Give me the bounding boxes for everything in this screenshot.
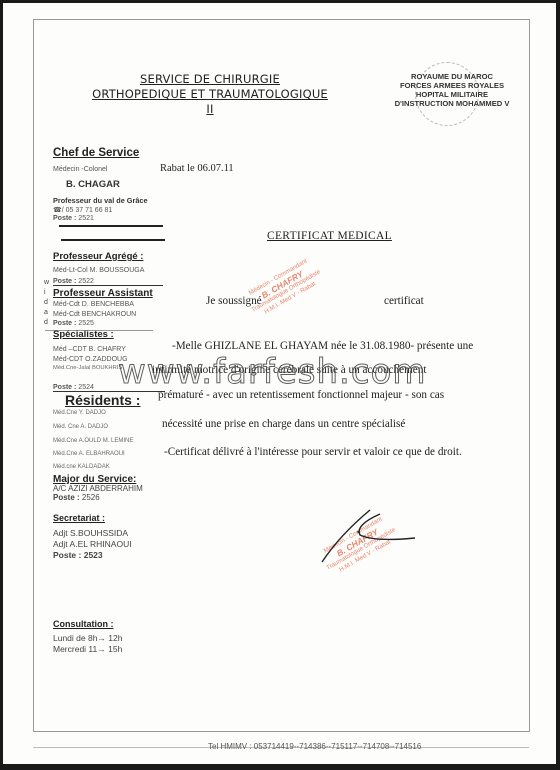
site-watermark: www.farfesh.com bbox=[118, 352, 426, 392]
specialiste-member: Méd-CDT O.ZADDOUG bbox=[53, 354, 128, 365]
crest-text: ROYAUME DU MAROC FORCES ARMEES ROYALES H… bbox=[382, 72, 522, 108]
resident-member: Méd.Cne A.OULD M. LEMINE bbox=[53, 438, 133, 444]
side-letter: a bbox=[44, 308, 50, 318]
chef-name: B. CHAGAR bbox=[66, 179, 120, 190]
side-letter: d bbox=[44, 298, 50, 308]
service-title-line1: SERVICE DE CHIRURGIE bbox=[90, 72, 330, 87]
specialistes-heading: Spécialistes : bbox=[53, 329, 114, 340]
service-title: SERVICE DE CHIRURGIE ORTHOPEDIQUE ET TRA… bbox=[90, 72, 330, 117]
assistant-poste: Poste : 2525 bbox=[53, 320, 94, 327]
major-member: A/C AZIZI ABDERRAHIM bbox=[53, 484, 143, 493]
consultation-heading: Consultation : bbox=[53, 619, 114, 629]
intro-right: certificat bbox=[384, 295, 424, 307]
side-letters: w i d a d bbox=[44, 278, 50, 328]
poste-label: Poste : bbox=[53, 384, 76, 391]
major-poste: Poste : 2526 bbox=[53, 493, 100, 502]
service-title-line2: ORTHOPEDIQUE ET TRAUMATOLOGIQUE II bbox=[90, 87, 330, 117]
chef-poste: Poste : 2521 bbox=[53, 215, 94, 222]
poste-label: Poste : bbox=[53, 278, 76, 285]
poste-label: Poste : bbox=[53, 493, 80, 502]
poste-value: 2524 bbox=[78, 384, 94, 391]
poste-label: Poste : bbox=[53, 320, 76, 327]
paragraph-line: nécessité une prise en charge dans un ce… bbox=[162, 418, 405, 430]
divider bbox=[61, 239, 165, 241]
certificate-title: CERTIFICAT MEDICAL bbox=[267, 230, 392, 242]
resident-member: Méd. Cne A. DADJO bbox=[53, 424, 108, 430]
chef-heading: Chef de Service bbox=[53, 147, 139, 159]
secretariat-heading: Secretariat : bbox=[53, 513, 105, 523]
signature-icon bbox=[320, 500, 420, 570]
crest-line: ROYAUME DU MAROC bbox=[382, 72, 522, 81]
footer-phone: Tel HMIMV : 053714419--714386--715117--7… bbox=[208, 742, 421, 751]
poste-label: Poste : bbox=[53, 215, 76, 222]
consultation-line: Mercredi 11→ 15h bbox=[53, 644, 122, 654]
residents-heading: Résidents : bbox=[65, 392, 140, 408]
divider bbox=[59, 225, 163, 227]
crest-line: HOPITAL MILITAIRE bbox=[382, 90, 522, 99]
paragraph-line: -Melle GHIZLANE EL GHAYAM née le 31.08.1… bbox=[172, 340, 473, 352]
chef-title: Professeur du val de Grâce bbox=[53, 196, 148, 205]
certificate-date: Rabat le 06.07.11 bbox=[160, 163, 234, 174]
poste-value: 2522 bbox=[78, 278, 94, 285]
resident-member: Méd.Cne A. ELBAHRAOUI bbox=[53, 451, 125, 457]
side-letter: i bbox=[44, 288, 50, 298]
hospital-crest: ROYAUME DU MAROC FORCES ARMEES ROYALES H… bbox=[382, 62, 522, 122]
secretariat-member: Adjt A.EL RHINAOUI bbox=[53, 539, 132, 549]
specialiste-member: Méd.Cne-Jalal BOUKHRIS bbox=[53, 365, 122, 371]
poste-value: 2523 bbox=[84, 550, 103, 560]
side-letter: d bbox=[44, 318, 50, 328]
crest-line: FORCES ARMEES ROYALES bbox=[382, 81, 522, 90]
side-letter: w bbox=[44, 278, 50, 288]
consultation-line: Lundi de 8h→ 12h bbox=[53, 633, 122, 643]
poste-value: 2526 bbox=[82, 493, 100, 502]
agrege-heading: Professeur Agrégé : bbox=[53, 251, 143, 262]
poste-value: 2521 bbox=[78, 215, 94, 222]
agrege-poste: Poste : 2522 bbox=[53, 278, 163, 286]
poste-value: 2525 bbox=[78, 320, 94, 327]
resident-member: Méd.cne KALDADAK bbox=[53, 464, 110, 470]
chef-phone: ☎/ 05 37 71 66 81 bbox=[53, 206, 112, 214]
paragraph-line: -Certificat délivré à l'intéresse pour s… bbox=[164, 446, 462, 458]
secretariat-member: Adjt S.BOUHSSIDA bbox=[53, 528, 128, 538]
assistant-heading: Professeur Assistant bbox=[53, 288, 153, 299]
poste-label: Poste : bbox=[53, 550, 81, 560]
assistant-member: Méd-Cdt BENCHAKROUN bbox=[53, 309, 136, 320]
chef-rank: Médecin -Colonel bbox=[53, 164, 107, 175]
agrege-member: Méd-Lt-Col M. BOUSSOUGA bbox=[53, 265, 144, 276]
resident-member: Méd.Cne Y. DADJO bbox=[53, 410, 106, 416]
secretariat-poste: Poste : 2523 bbox=[53, 550, 103, 560]
crest-line: D'INSTRUCTION MOHAMMED V bbox=[382, 99, 522, 108]
